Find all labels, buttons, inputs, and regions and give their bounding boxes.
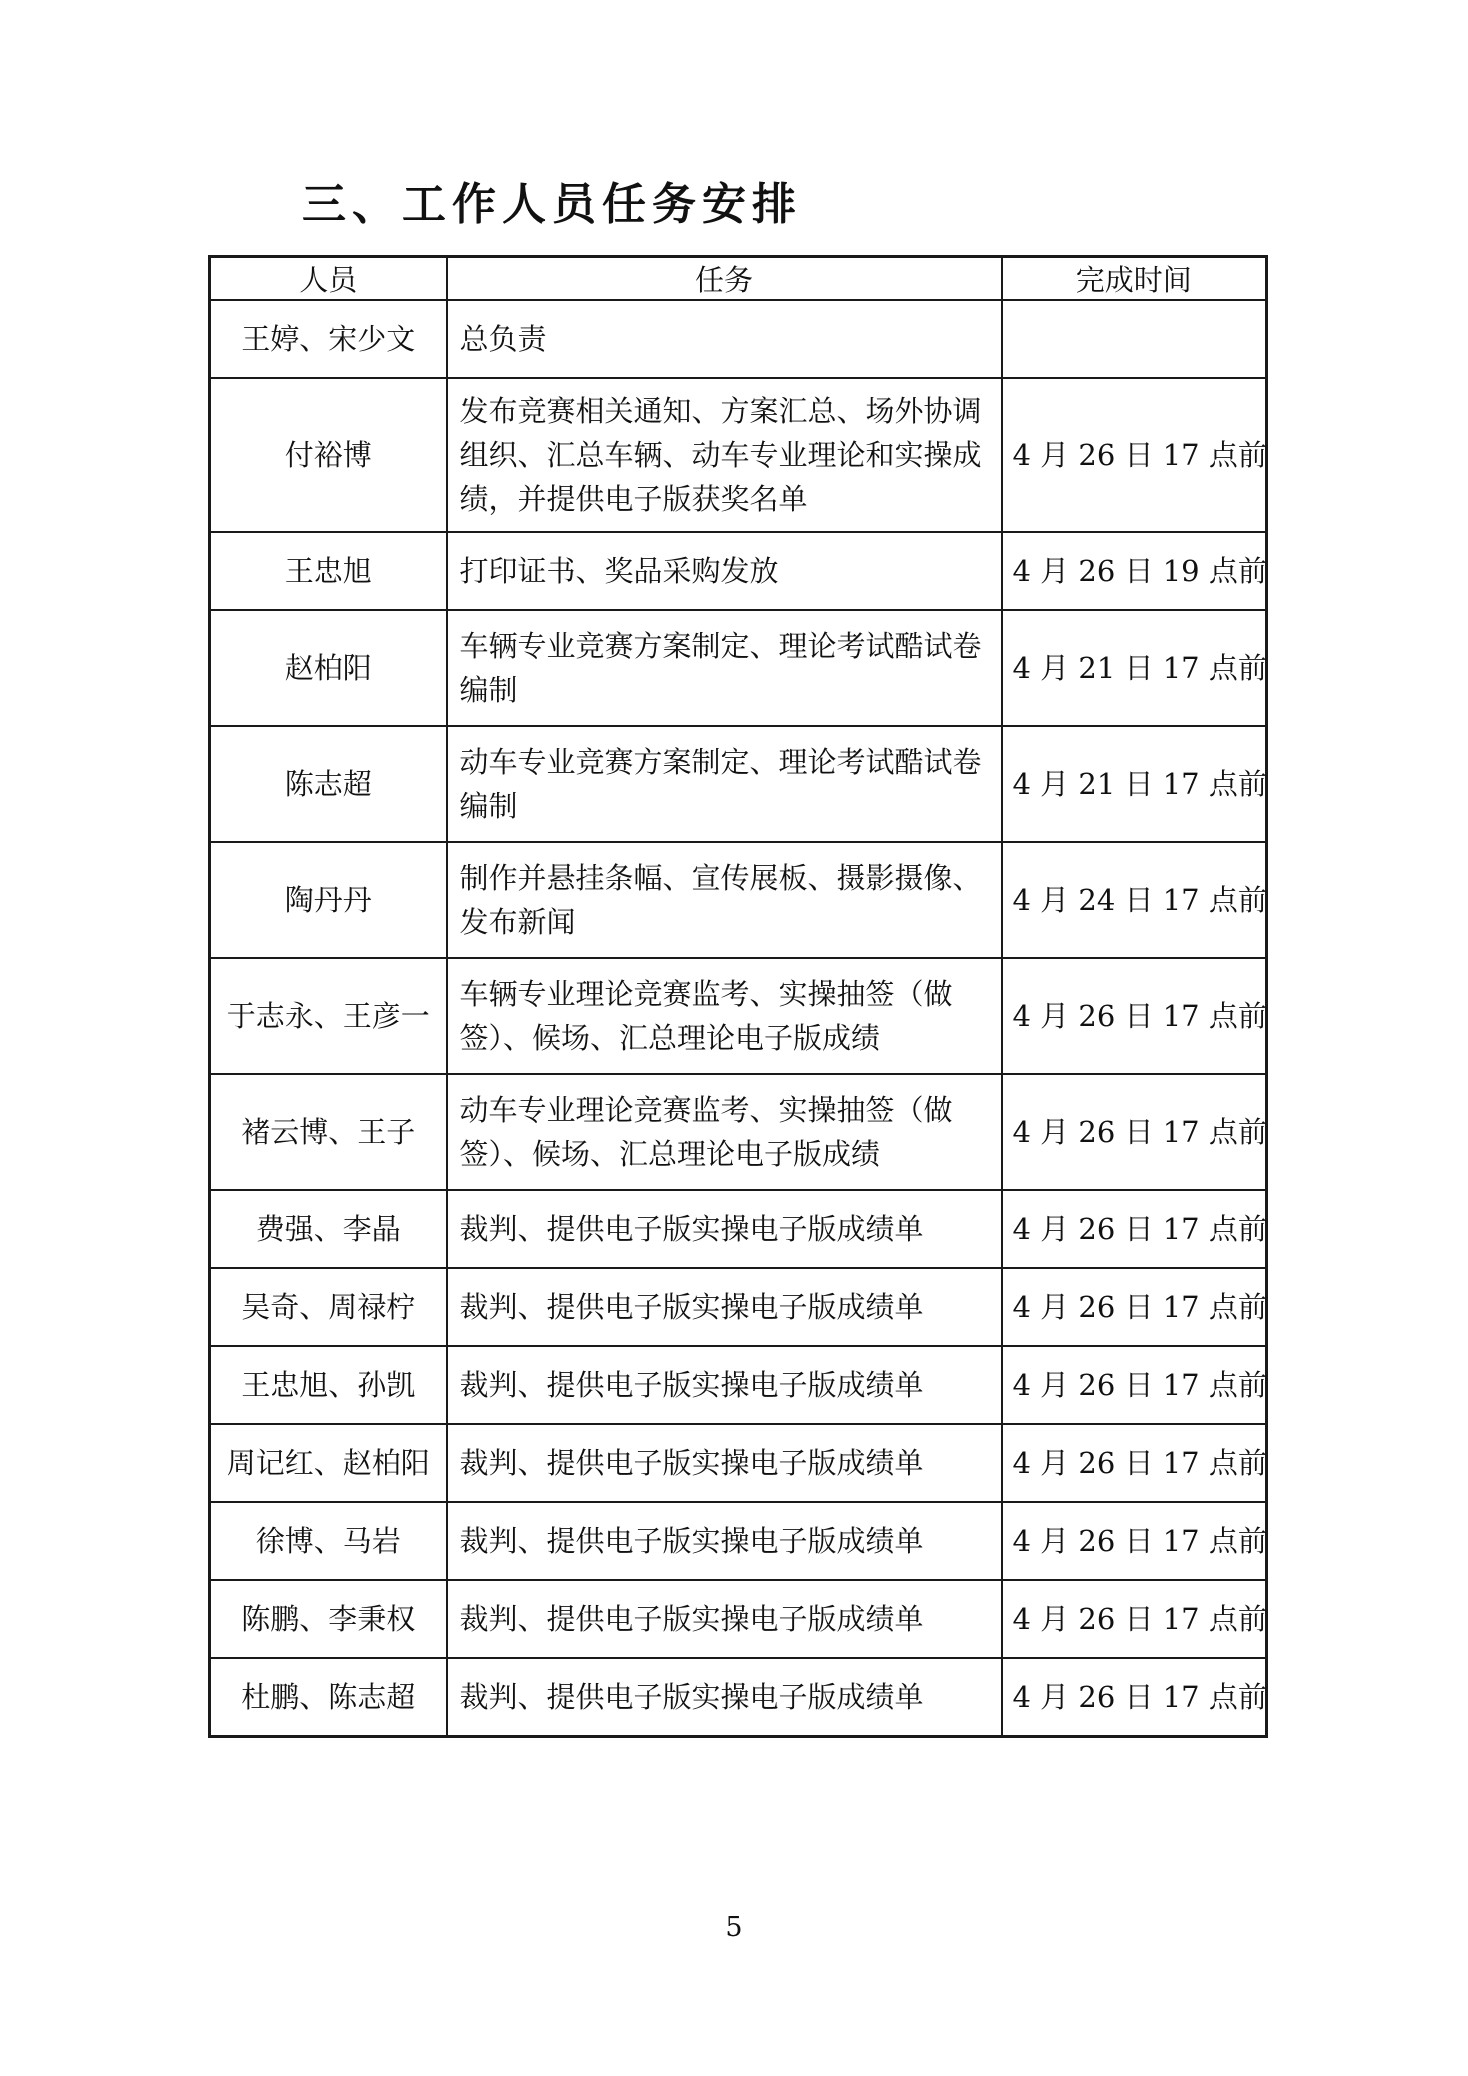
header-deadline: 完成时间 — [1002, 257, 1267, 301]
personnel-cell: 周记红、赵柏阳 — [210, 1424, 447, 1502]
task-cell: 裁判、提供电子版实操电子版成绩单 — [447, 1268, 1002, 1346]
personnel-cell: 陈志超 — [210, 726, 447, 842]
personnel-cell: 付裕博 — [210, 378, 447, 532]
deadline-cell: 4 月 26 日 17 点前 — [1002, 1074, 1267, 1190]
task-cell: 发布竞赛相关通知、方案汇总、场外协调组织、汇总车辆、动车专业理论和实操成绩，并提… — [447, 378, 1002, 532]
page-title: 三、工作人员任务安排 — [302, 168, 802, 232]
task-cell: 裁判、提供电子版实操电子版成绩单 — [447, 1502, 1002, 1580]
deadline-cell: 4 月 26 日 17 点前 — [1002, 1346, 1267, 1424]
task-cell: 裁判、提供电子版实操电子版成绩单 — [447, 1424, 1002, 1502]
page-number: 5 — [0, 1912, 1468, 1943]
personnel-cell: 王婷、宋少文 — [210, 300, 447, 378]
deadline-cell: 4 月 26 日 17 点前 — [1002, 1268, 1267, 1346]
table-row: 王忠旭 打印证书、奖品采购发放 4 月 26 日 19 点前 — [210, 532, 1267, 610]
deadline-cell: 4 月 26 日 17 点前 — [1002, 1424, 1267, 1502]
header-personnel: 人员 — [210, 257, 447, 301]
table-row: 王婷、宋少文 总负责 — [210, 300, 1267, 378]
deadline-cell: 4 月 26 日 17 点前 — [1002, 1658, 1267, 1736]
task-cell: 打印证书、奖品采购发放 — [447, 532, 1002, 610]
deadline-cell: 4 月 26 日 17 点前 — [1002, 958, 1267, 1074]
table-row: 徐博、马岩 裁判、提供电子版实操电子版成绩单 4 月 26 日 17 点前 — [210, 1502, 1267, 1580]
task-cell: 裁判、提供电子版实操电子版成绩单 — [447, 1580, 1002, 1658]
personnel-cell: 褚云博、王子 — [210, 1074, 447, 1190]
task-cell: 裁判、提供电子版实操电子版成绩单 — [447, 1190, 1002, 1268]
personnel-cell: 徐博、马岩 — [210, 1502, 447, 1580]
task-cell: 车辆专业理论竞赛监考、实操抽签（做签）、候场、汇总理论电子版成绩 — [447, 958, 1002, 1074]
deadline-cell: 4 月 26 日 17 点前 — [1002, 1580, 1267, 1658]
table-row: 褚云博、王子 动车专业理论竞赛监考、实操抽签（做签）、候场、汇总理论电子版成绩 … — [210, 1074, 1267, 1190]
deadline-cell: 4 月 26 日 17 点前 — [1002, 1502, 1267, 1580]
personnel-cell: 陶丹丹 — [210, 842, 447, 958]
task-cell: 动车专业竞赛方案制定、理论考试酷试卷编制 — [447, 726, 1002, 842]
personnel-cell: 费强、李晶 — [210, 1190, 447, 1268]
task-cell: 总负责 — [447, 300, 1002, 378]
task-cell: 动车专业理论竞赛监考、实操抽签（做签）、候场、汇总理论电子版成绩 — [447, 1074, 1002, 1190]
personnel-cell: 陈鹏、李秉权 — [210, 1580, 447, 1658]
table-row: 付裕博 发布竞赛相关通知、方案汇总、场外协调组织、汇总车辆、动车专业理论和实操成… — [210, 378, 1267, 532]
personnel-cell: 王忠旭、孙凯 — [210, 1346, 447, 1424]
deadline-cell: 4 月 26 日 19 点前 — [1002, 532, 1267, 610]
deadline-cell — [1002, 300, 1267, 378]
task-assignment-table: 人员 任务 完成时间 王婷、宋少文 总负责 付裕博 发布竞赛相关通知、方案汇总、… — [208, 255, 1268, 1738]
task-cell: 裁判、提供电子版实操电子版成绩单 — [447, 1346, 1002, 1424]
task-cell: 制作并悬挂条幅、宣传展板、摄影摄像、发布新闻 — [447, 842, 1002, 958]
table-row: 陈鹏、李秉权 裁判、提供电子版实操电子版成绩单 4 月 26 日 17 点前 — [210, 1580, 1267, 1658]
deadline-cell: 4 月 26 日 17 点前 — [1002, 378, 1267, 532]
personnel-cell: 杜鹏、陈志超 — [210, 1658, 447, 1736]
table-header-row: 人员 任务 完成时间 — [210, 257, 1267, 301]
personnel-cell: 于志永、王彦一 — [210, 958, 447, 1074]
table-row: 于志永、王彦一 车辆专业理论竞赛监考、实操抽签（做签）、候场、汇总理论电子版成绩… — [210, 958, 1267, 1074]
deadline-cell: 4 月 21 日 17 点前 — [1002, 726, 1267, 842]
personnel-cell: 吴奇、周禄柠 — [210, 1268, 447, 1346]
table-row: 吴奇、周禄柠 裁判、提供电子版实操电子版成绩单 4 月 26 日 17 点前 — [210, 1268, 1267, 1346]
personnel-cell: 赵柏阳 — [210, 610, 447, 726]
personnel-cell: 王忠旭 — [210, 532, 447, 610]
table-row: 周记红、赵柏阳 裁判、提供电子版实操电子版成绩单 4 月 26 日 17 点前 — [210, 1424, 1267, 1502]
table-row: 陶丹丹 制作并悬挂条幅、宣传展板、摄影摄像、发布新闻 4 月 24 日 17 点… — [210, 842, 1267, 958]
table-row: 王忠旭、孙凯 裁判、提供电子版实操电子版成绩单 4 月 26 日 17 点前 — [210, 1346, 1267, 1424]
table-row: 费强、李晶 裁判、提供电子版实操电子版成绩单 4 月 26 日 17 点前 — [210, 1190, 1267, 1268]
deadline-cell: 4 月 21 日 17 点前 — [1002, 610, 1267, 726]
task-cell: 裁判、提供电子版实操电子版成绩单 — [447, 1658, 1002, 1736]
table-row: 杜鹏、陈志超 裁判、提供电子版实操电子版成绩单 4 月 26 日 17 点前 — [210, 1658, 1267, 1736]
document-page: 三、工作人员任务安排 人员 任务 完成时间 王婷、宋少文 总负责 付裕博 发布竞… — [0, 0, 1468, 2076]
table-row: 赵柏阳 车辆专业竞赛方案制定、理论考试酷试卷编制 4 月 21 日 17 点前 — [210, 610, 1267, 726]
table-row: 陈志超 动车专业竞赛方案制定、理论考试酷试卷编制 4 月 21 日 17 点前 — [210, 726, 1267, 842]
task-cell: 车辆专业竞赛方案制定、理论考试酷试卷编制 — [447, 610, 1002, 726]
deadline-cell: 4 月 24 日 17 点前 — [1002, 842, 1267, 958]
header-task: 任务 — [447, 257, 1002, 301]
deadline-cell: 4 月 26 日 17 点前 — [1002, 1190, 1267, 1268]
